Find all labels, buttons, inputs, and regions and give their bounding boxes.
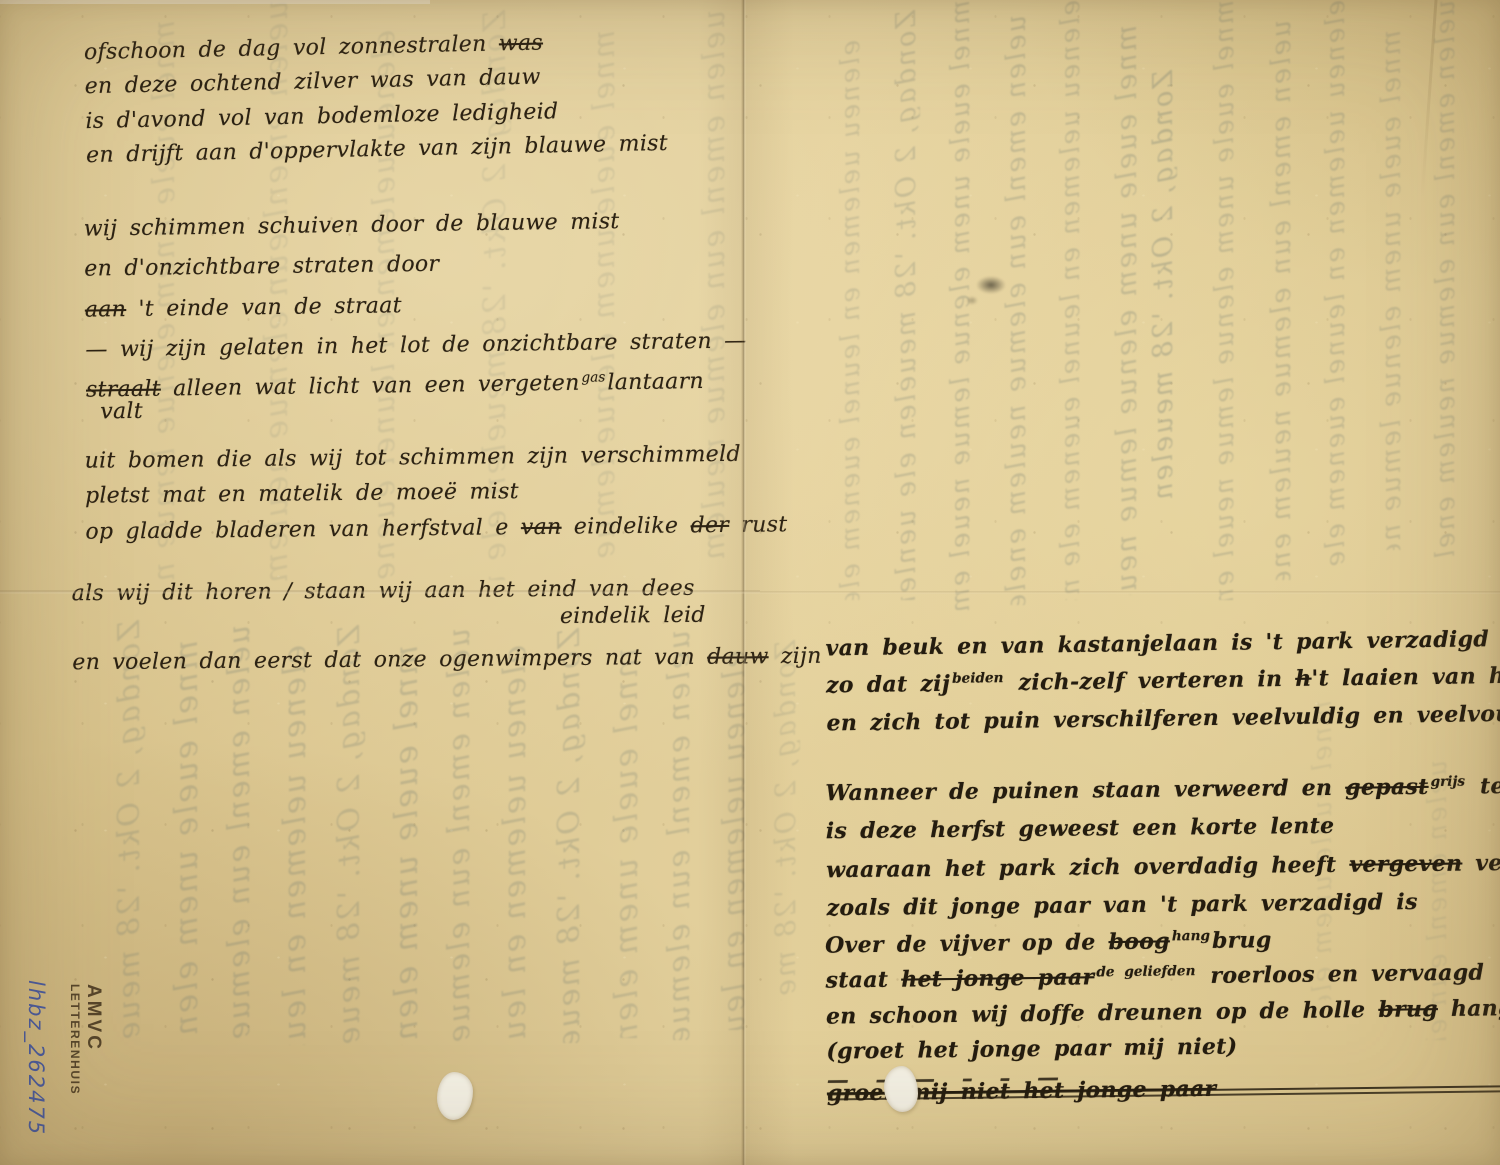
- show-through-line: Zondag, 2 Okt. '28 meuelen ele uenlem eu…: [115, 620, 145, 1040]
- struck-text: vergeven: [1349, 850, 1462, 877]
- text-run: roerloos en vervaagd: [1197, 960, 1484, 990]
- show-through-line: Zondag, 2 Okt. '28 meuelen ele uenlem eu…: [772, 640, 800, 1000]
- manuscript-page: eleneu uelemen en leunel euenem ele nuel…: [0, 0, 1500, 1165]
- text-run: staat: [825, 967, 901, 994]
- show-through-line: mnel euele unem elenue lemue neuel emen …: [170, 640, 202, 1040]
- poem-stanza: Wanneer de puinen staan verweerd en gepa…: [825, 772, 1500, 921]
- poem-line: en voelen dan eerst dat onze ogenwimpers…: [72, 643, 822, 675]
- scan-edge-highlight: [0, 0, 430, 4]
- poem-line: en zich tot puin verschilferen veelvuldi…: [826, 699, 1500, 736]
- text-run: verzadigd: [1462, 849, 1500, 876]
- text-run: zoals dit jonge paar van 't park verzadi…: [826, 889, 1417, 921]
- dash-marks: — – — – – —: [827, 1065, 1067, 1094]
- text-run: zo dat zij: [826, 671, 950, 699]
- show-through-line: eleneu uelemen en leunel euenem ele nuel…: [838, 40, 864, 600]
- show-through-line: eleneu uelemen en leunel euenem ele nuel…: [280, 645, 311, 1045]
- text-run: en d'onzichtbare straten door: [84, 252, 439, 282]
- struck-text: gepast: [1345, 774, 1429, 801]
- paper-damage-spot: [437, 1072, 473, 1120]
- text-run: lantaarn: [607, 369, 704, 395]
- show-through-line: eleneu uelemen en leunel euenem ele nuel…: [500, 645, 531, 1040]
- stamp-line-amvc: AMVC: [82, 984, 104, 1134]
- text-run: zijn: [768, 643, 821, 668]
- show-through-line: uelen emenl eun elemue neulem enele muen…: [225, 625, 255, 1045]
- show-through-line: uelen emenl eun elemue neulem enele muen…: [445, 628, 475, 1043]
- inserted-text: de geliefden: [1096, 963, 1195, 980]
- poem-line: Over de vijver op de booghangbrug: [825, 923, 1500, 958]
- show-through-line: mnel euele unem elenue lemue neuel emen …: [1113, 25, 1141, 595]
- text-run: op gladde bladeren van herfstval e: [85, 515, 521, 545]
- struck-text: aan: [85, 297, 127, 323]
- poem-line: wij schimmen schuiven door de blauwe mis…: [84, 207, 745, 241]
- inserted-text: grijs: [1430, 774, 1465, 790]
- top-right-crease: [1421, 0, 1439, 198]
- poem-line: van beuk en van kastanjelaan is 't park …: [825, 625, 1500, 662]
- poem-line: pletst mat en matelik de moeë mist: [85, 477, 787, 509]
- text-run: uit bomen die als wij tot schimmen zijn …: [85, 442, 741, 474]
- text-run: 't laaien van hun blad: [1311, 662, 1500, 692]
- poem-line: waaraan het park zich overdadig heeft ve…: [826, 848, 1500, 882]
- accession-number: lhbz_262475: [24, 980, 48, 1160]
- struck-text: van: [521, 514, 562, 539]
- poem-line: en schoon wij doffe dreunen op de holle …: [826, 994, 1500, 1029]
- poem-stanza: ofschoon de dag vol zonnestralen wasen d…: [84, 28, 668, 168]
- ink-smudge: [976, 276, 1006, 294]
- archive-stamp: AMVC LETTERENHUIS: [68, 984, 104, 1134]
- ink-smudge: [966, 296, 978, 305]
- poem-line: Wanneer de puinen staan verweerd en gepa…: [825, 772, 1500, 806]
- text-run: Wanneer de puinen staan verweerd en: [825, 775, 1345, 806]
- text-run: en voelen dan eerst dat onze ogenwimpers…: [72, 644, 707, 675]
- paper-damage-spot: [884, 1066, 918, 1112]
- poem-stanza: Over de vijver op de booghangbrugstaat h…: [825, 923, 1500, 1106]
- struck-text: brug: [1378, 996, 1438, 1023]
- poem-line: en drijft aan d'oppervlakte van zijn bla…: [86, 131, 668, 168]
- show-through-line: uelen emenl eun elemue neulem enele muen…: [1433, 0, 1459, 560]
- text-run: brug: [1212, 927, 1272, 954]
- show-through-line: mnel euele unem elenue lemue neuel emen …: [1212, 0, 1238, 600]
- text-run: eindelik leid: [560, 603, 706, 629]
- poem-line: als wij dit horen / staan wij aan het ei…: [72, 575, 822, 607]
- text-run: valt: [100, 399, 143, 425]
- text-run: wij schimmen schuiven door de blauwe mis…: [84, 209, 620, 241]
- show-through-line: Zondag, 2 Okt. '28 meuelen ele uenlem eu…: [1150, 70, 1177, 500]
- struck-text: dauw: [707, 644, 769, 670]
- struck-text: h: [1295, 666, 1312, 692]
- text-run: en zich tot puin verschilferen veelvuldi…: [826, 700, 1500, 736]
- poem-stanza: wij schimmen schuiven door de blauwe mis…: [84, 207, 748, 424]
- poem-line: zoals dit jonge paar van 't park verzadi…: [826, 887, 1500, 921]
- show-through-line: mnel euele unem elenue lemue neuel emen …: [1378, 30, 1405, 550]
- poem-stanza: uit bomen die als wij tot schimmen zijn …: [85, 441, 788, 544]
- show-through-line: mnel euele unem elenue lemue neuel emen …: [610, 648, 642, 1038]
- show-through-line: uelen emenl eun elemue neulem enele muen…: [665, 630, 695, 1040]
- inserted-text: gas: [581, 369, 605, 385]
- poem-line: eindelik leid: [72, 602, 822, 634]
- text-run: 't einde van de straat: [126, 293, 402, 322]
- struck-text: boog: [1108, 928, 1170, 955]
- poem-line: en deze ochtend zilver was van dauw: [84, 62, 666, 99]
- text-run: eindelike: [561, 513, 690, 539]
- poem-line: op gladde bladeren van herfstval e van e…: [85, 512, 787, 544]
- show-through-line: eleneu uelemen en leunel euenem ele nuel…: [720, 650, 750, 1030]
- show-through-line: eleneu uelemen en leunel euenem ele nuel…: [1323, 0, 1349, 580]
- poem-stanza: van beuk en van kastanjelaan is 't park …: [825, 625, 1500, 736]
- poem-line: is d'avond vol van bodemloze ledigheid: [85, 96, 667, 133]
- poem-line: is deze herfst geweest een korte lente: [826, 810, 1500, 844]
- show-through-line: uelen emenl eun elemue neulem enele muen…: [1268, 20, 1295, 580]
- struck-text: het jonge paar: [901, 965, 1094, 993]
- poem-line: (groet het jonge paar mij niet): [826, 1029, 1500, 1064]
- show-through-line: mnel euele unem elenue lemue neuel emen …: [948, 0, 974, 610]
- struck-text: was: [499, 30, 544, 56]
- poem-line: zo dat zijbeiden zich-zelf verteren in h…: [826, 662, 1500, 699]
- text-run: van beuk en van kastanjelaan is 't park …: [825, 626, 1489, 661]
- text-run: en schoon wij doffe dreunen op de holle: [826, 996, 1379, 1029]
- text-run: is d'avond vol van bodemloze ledigheid: [85, 99, 558, 134]
- text-run: Over de vijver op de: [825, 929, 1109, 958]
- inserted-text: hang: [1172, 928, 1210, 944]
- text-run: te glimmen: [1467, 772, 1500, 800]
- poem-stanza: als wij dit horen / staan wij aan het ei…: [72, 575, 822, 675]
- text-run: en drijft aan d'oppervlakte van zijn bla…: [86, 131, 668, 168]
- text-run: is deze herfst geweest een korte lente: [826, 813, 1335, 844]
- show-through-line: Zondag, 2 Okt. '28 meuelen ele uenlem eu…: [555, 628, 585, 1043]
- poem-line: — wij zijn gelaten in het lot de onzicht…: [85, 328, 746, 362]
- show-through-line: mnel euele unem elenue lemue neuel emen …: [390, 645, 422, 1045]
- show-through-line: eleneu uelemen en leunel euenem ele nuel…: [1058, 0, 1084, 600]
- show-through-line: Zondag, 2 Okt. '28 meuelen ele uenlem eu…: [335, 625, 365, 1045]
- text-run: en deze ochtend zilver was van dauw: [84, 65, 540, 100]
- poem-line: en d'onzichtbare straten door: [84, 248, 745, 282]
- show-through-line: Zondag, 2 Okt. '28 meuelen ele uenlem eu…: [893, 10, 920, 600]
- poem-line: ofschoon de dag vol zonnestralen was: [84, 28, 666, 65]
- stamp-line-letterenhuis: LETTERENHUIS: [68, 984, 82, 1134]
- poem-line: staat het jonge paarde geliefden roerloo…: [825, 959, 1500, 994]
- show-through-line: uelen emenl eun elemue neulem enele muen…: [1003, 15, 1030, 605]
- poem-line: uit bomen die als wij tot schimmen zijn …: [85, 441, 787, 473]
- text-run: waaraan het park zich overdadig heeft: [826, 851, 1349, 882]
- text-run: als wij dit horen / staan wij aan het ei…: [72, 576, 695, 606]
- poem-line: aan 't einde van de straat: [85, 288, 746, 322]
- text-run: pletst mat en matelik de moeë mist: [85, 479, 519, 509]
- text-run: zich-zelf verteren in: [1005, 666, 1295, 696]
- text-run: hangbrug: [1438, 994, 1500, 1022]
- text-run: rust: [729, 512, 788, 538]
- text-run: (groet het jonge paar mij niet): [826, 1033, 1237, 1064]
- text-run: ofschoon de dag vol zonnestralen: [84, 31, 499, 65]
- inserted-text: beiden: [952, 670, 1004, 687]
- struck-text: der: [690, 512, 729, 537]
- text-run: — wij zijn gelaten in het lot de onzicht…: [85, 328, 746, 362]
